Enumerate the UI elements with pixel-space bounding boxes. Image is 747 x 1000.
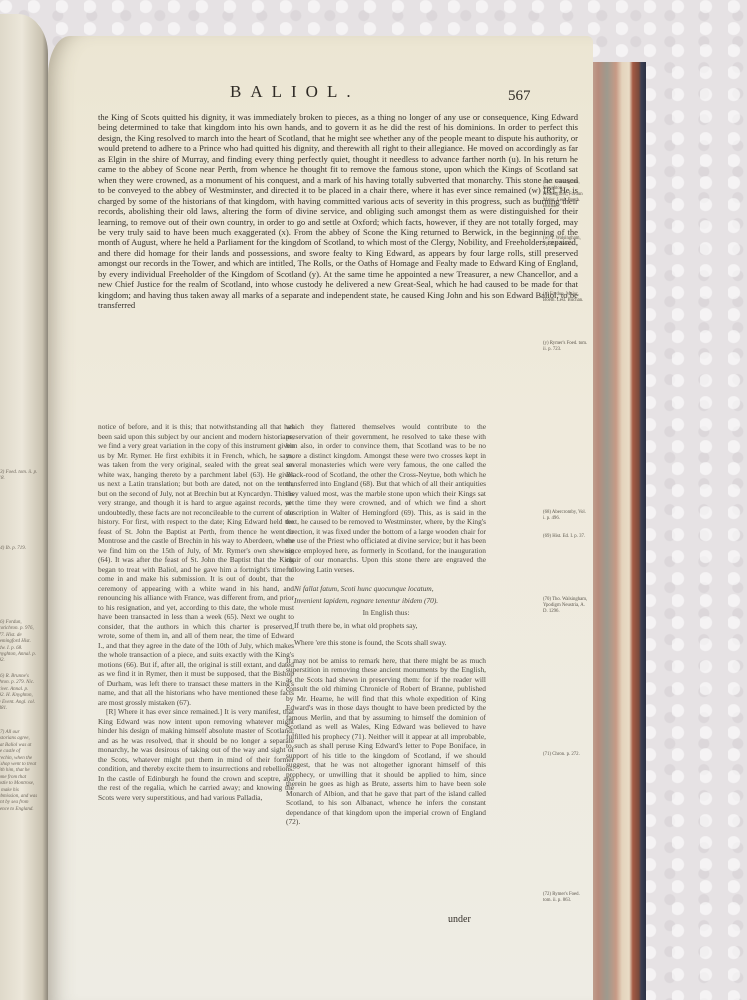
footnote-column-left: notice of before, and it is this; that n… — [98, 422, 294, 802]
catchword: under — [448, 914, 471, 925]
side-note-69: (69) Hist. Ed. I. p. 37. — [543, 534, 589, 540]
main-paragraph: the King of Scots quitted his dignity, i… — [98, 112, 578, 311]
side-note-w: (w) T. Walsingham, Ypodig. Neustr. — [543, 236, 589, 248]
left-note: (63) Foed. tom. ii. p. 718. — [0, 470, 38, 483]
column-paragraph: It may not be amiss to remark here, that… — [286, 656, 486, 827]
side-note-72: (72) Rymer's Foed. tom. ii. p. 863. — [543, 892, 589, 904]
running-head: BALIOL. — [230, 82, 360, 102]
book-edge-marbled — [586, 62, 646, 1000]
left-note: (66) R. Brunne's Chron. p. 279. Nic. Tri… — [0, 674, 38, 712]
remark-r-paragraph: [R] Where it has ever since remained.] I… — [98, 707, 294, 802]
left-note: (64) Ib. p. 719. — [0, 546, 26, 552]
english-heading: In English thus: — [286, 608, 486, 618]
book-page: BALIOL. 567 the King of Scots quitted hi… — [48, 36, 593, 1000]
side-note-71: (71) Chron. p. 272. — [543, 752, 589, 758]
side-note-x: (x) Fordun, Major, Boeth. Lesl. Buchan. — [543, 292, 589, 304]
column-paragraph: which they flattered themselves would co… — [286, 422, 486, 574]
column-paragraph: notice of before, and it is this; that n… — [98, 422, 294, 707]
side-note-u: (u) T. Walsingham, Knyghton, Hemingford,… — [543, 180, 589, 210]
latin-verse-line: Ni fallat fatum, Scoti hunc quocunque lo… — [294, 584, 486, 594]
latin-verse-line: Invenient lapidem, regnare tenentur ibid… — [294, 596, 486, 606]
page-number: 567 — [508, 88, 531, 105]
main-text-block: the King of Scots quitted his dignity, i… — [98, 112, 578, 311]
side-note-70: (70) Tho. Walsingham, Ypodigm Neustria, … — [543, 597, 589, 615]
side-note-y: (y) Rymer's Foed. tom. ii. p. 723. — [543, 341, 589, 353]
left-note: (66) Fordun, Scotichron. p. 976, 977. Hi… — [0, 620, 38, 665]
footnote-column-right: which they flattered themselves would co… — [286, 422, 486, 827]
english-verse-line: Where 'ere this stone is found, the Scot… — [294, 638, 486, 648]
side-note-68: (68) Abercromby, Vol. i. p. 496. — [543, 510, 589, 522]
left-note: (67) All our historians agree, that Bali… — [0, 730, 38, 813]
english-verse-line: If truth there be, in what old prophets … — [294, 621, 486, 631]
left-page-edge: (63) Foed. tom. ii. p. 718. (64) Ib. p. … — [0, 14, 48, 1000]
